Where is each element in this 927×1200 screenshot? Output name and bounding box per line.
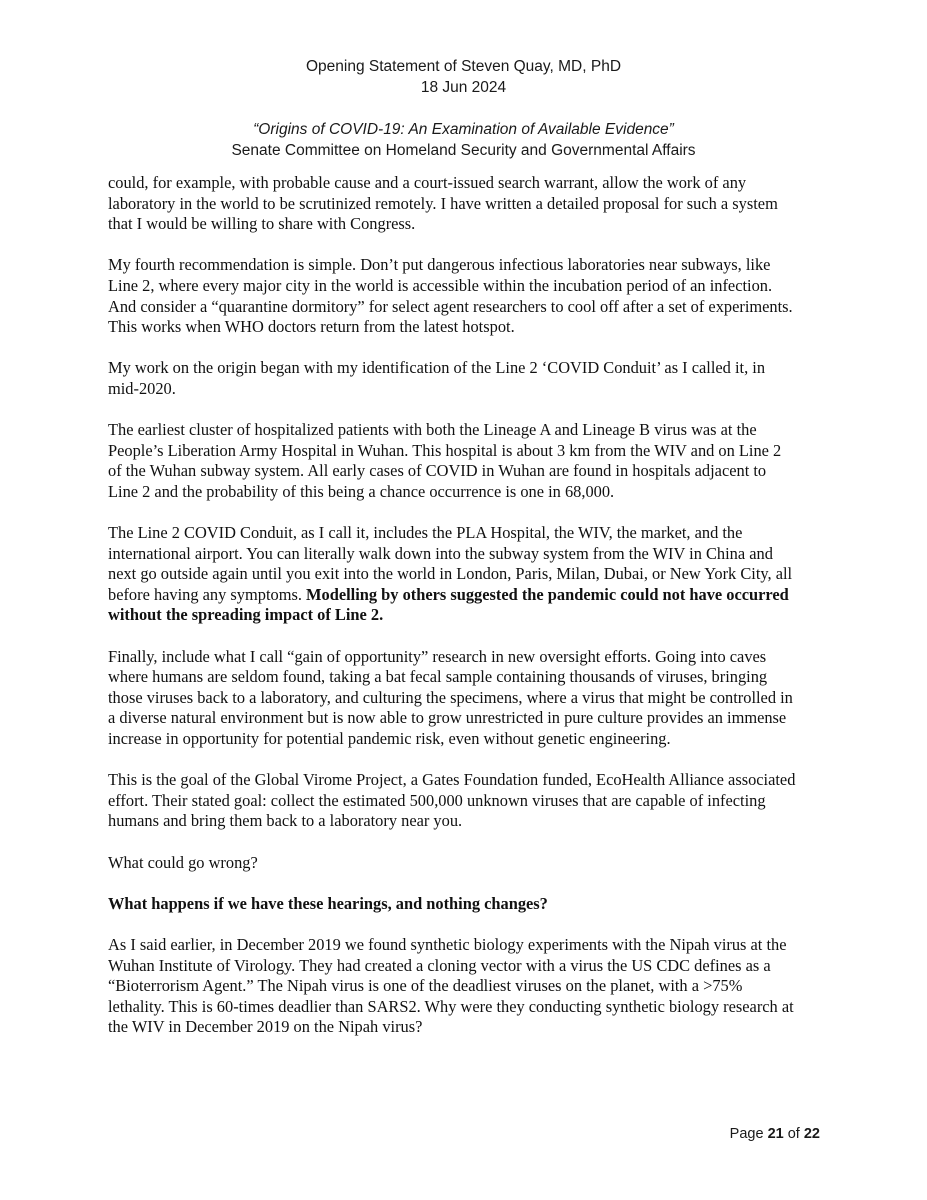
paragraph-7: This is the goal of the Global Virome Pr…: [108, 770, 798, 832]
page-number: Page 21 of 22: [680, 1126, 820, 1142]
page-current: 21: [768, 1126, 784, 1142]
paragraph-4: The earliest cluster of hospitalized pat…: [108, 420, 798, 502]
statement-title: Opening Statement of Steven Quay, MD, Ph…: [0, 56, 927, 77]
paragraph-6: Finally, include what I call “gain of op…: [108, 647, 798, 750]
committee-name: Senate Committee on Homeland Security an…: [0, 140, 927, 161]
paragraph-8: What could go wrong?: [108, 853, 798, 874]
paragraph-2: My fourth recommendation is simple. Don’…: [108, 255, 798, 337]
paragraph-3: My work on the origin began with my iden…: [108, 358, 798, 399]
document-header: Opening Statement of Steven Quay, MD, Ph…: [0, 56, 927, 161]
page-total: 22: [804, 1126, 820, 1142]
document-body: could, for example, with probable cause …: [108, 173, 798, 1059]
page-label: Page: [730, 1126, 764, 1142]
hearing-title: “Origins of COVID-19: An Examination of …: [0, 119, 927, 140]
statement-date: 18 Jun 2024: [0, 77, 927, 98]
paragraph-1: could, for example, with probable cause …: [108, 173, 798, 235]
of-label: of: [788, 1126, 800, 1142]
paragraph-5: The Line 2 COVID Conduit, as I call it, …: [108, 523, 798, 626]
section-heading: What happens if we have these hearings, …: [108, 894, 798, 915]
final-paragraph: As I said earlier, in December 2019 we f…: [108, 935, 798, 1038]
header-spacer: [0, 98, 927, 119]
